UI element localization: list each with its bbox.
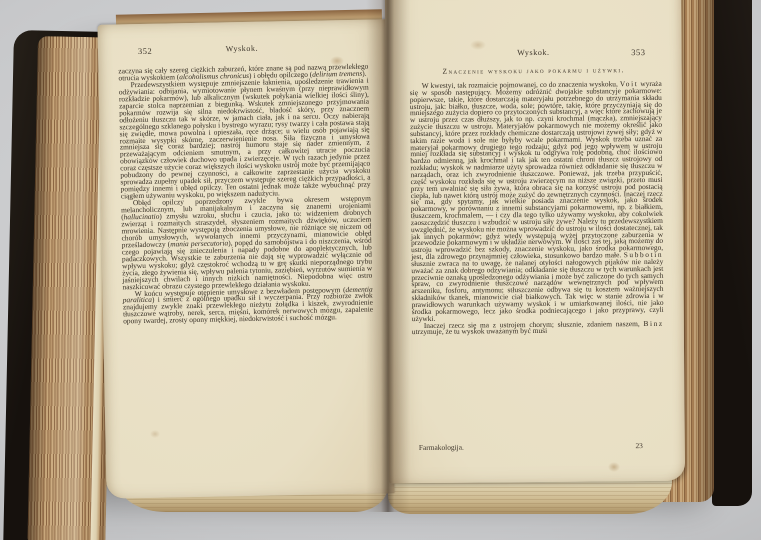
paragraph: W kwestyi, tak rozmaicie pojmowanej, co … <box>410 81 664 323</box>
paragraph: Obłęd opilczy poprzedzony zwykle bywa ok… <box>121 196 373 291</box>
running-head-title: Wyskok. <box>517 48 549 57</box>
signature-number: 23 <box>635 441 642 450</box>
page-number-right: 353 <box>631 47 645 57</box>
running-head-title: Wyskok. <box>226 44 259 54</box>
open-book-photo: 352 Wyskok. zaczyna się cały szereg cięż… <box>0 0 761 540</box>
signature-title: Farmakologija. <box>419 443 464 452</box>
paragraph: Inaczej rzecz się ma z ustrojem chorym; … <box>412 320 664 336</box>
left-page-text: zaczyna się cały szereg ciężkich zaburze… <box>118 64 373 326</box>
page-right: Wyskok. 353 Znaczenie wyskoku jako pokar… <box>385 0 685 483</box>
page-left: 352 Wyskok. zaczyna się cały szereg cięż… <box>97 19 394 498</box>
page-footer: Farmakologija. 23 <box>419 441 643 452</box>
right-page-text: W kwestyi, tak rozmaicie pojmowanej, co … <box>410 81 664 336</box>
running-head-left: 352 Wyskok. <box>120 42 364 56</box>
page-number-left: 352 <box>138 46 152 56</box>
paragraph: Przedewszystkiem występuje zmniejszenie … <box>119 78 371 201</box>
paragraph: W końcu występuje otępienie umysłowe z b… <box>123 286 374 326</box>
book-cover-right <box>712 0 752 506</box>
running-head-right: Wyskok. 353 <box>407 47 659 58</box>
section-heading: Znaczenie wyskoku jako pokarmu i używki. <box>410 65 658 76</box>
